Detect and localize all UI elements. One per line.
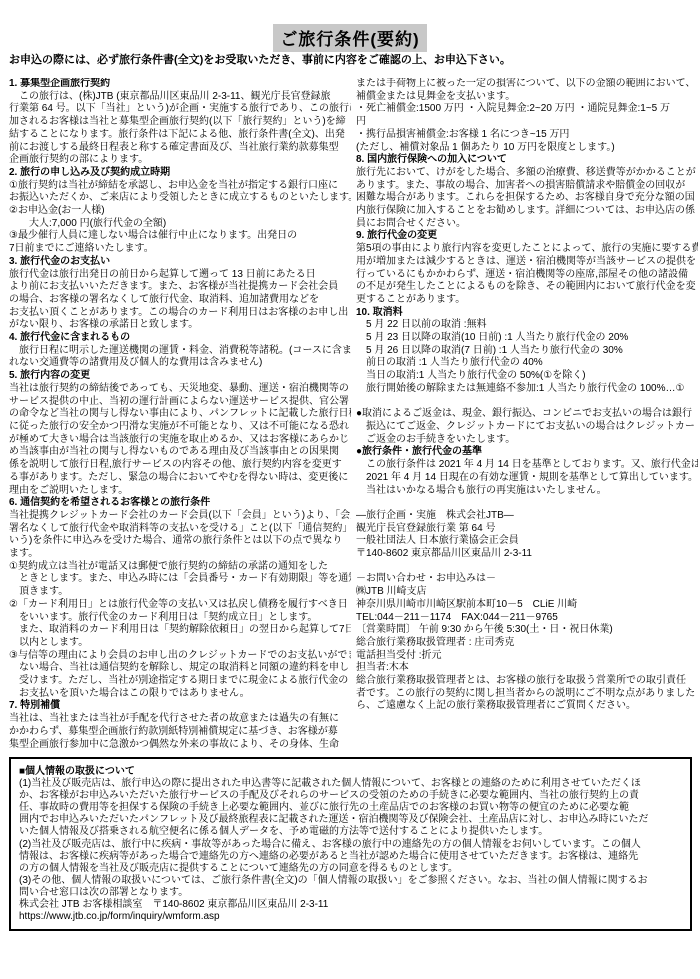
text-line: 観光庁長官登録旅行業 第 64 号: [356, 523, 698, 536]
text-line: 情報は、お客様に疾病等があった場合で連絡先の方へ連絡の必要があると当社が認めた場…: [19, 851, 682, 863]
text-line: https://www.jtb.co.jp/form/inquiry/wmfor…: [19, 911, 682, 923]
text-line: ます。: [9, 548, 351, 561]
text-line: 頂きます。: [9, 586, 351, 599]
text-line: ②「カード利用日」とは旅行代金等の支払い又は払戻し債務を履行すべき日: [9, 599, 351, 612]
text-line: ら、ご遠慮なく上記の旅行業務取扱管理者にご質問ください。: [356, 700, 698, 713]
text-line: ③与信等の理由により会員のお申し出のクレジットカードでのお支払いができ: [9, 650, 351, 663]
text-line: [356, 396, 698, 409]
text-line: 2021 年 4 月 14 日現在の有効な運賃・規則を基準として算出しています。: [356, 472, 698, 485]
text-line: め当該事由が当社の関与し得ないものである理由及び当該事由との因果関: [9, 446, 351, 459]
text-line: 当社は、当社または当社が手配を代行させた者の故意または過失の有無に: [9, 713, 351, 726]
text-line: ①旅行契約は当社が締結を承認し、お申込金を当社が指定する銀行口座に: [9, 180, 351, 193]
text-line: 旅行先において、けがをした場合、多額の治療費、移送費等がかかることが: [356, 167, 698, 180]
text-line: 用が増加または減少するときは、運送・宿泊機関等が当該サービスの提供を: [356, 256, 698, 269]
text-line: の不足が発生したことによるものを除き、その範囲内において旅行代金を変: [356, 281, 698, 294]
text-line: がない限り、お客様の承諾日と致します。: [9, 319, 351, 332]
intro-notice: お申込の際には、必ず旅行条件書(全文)をお受取いただき、事前に内容をご確認の上、…: [9, 51, 697, 67]
text-line: 囲内でお申込みいただいたパンフレット及び最終旅程表に記載された運送・宿泊機関等及…: [19, 814, 682, 826]
text-line: いう)を条件に申込みを受けた場合、通常の旅行条件とは以下の点で異なり: [9, 535, 351, 548]
text-line: 電話担当受付 :折元: [356, 650, 698, 663]
text-line: 振込にてご返金、クレジットカードにてお支払いの場合はクレジットカードへ: [356, 421, 698, 434]
text-line: 大人:7,000 円(旅行代金の全額): [9, 218, 351, 231]
text-line: 10. 取消料: [356, 307, 698, 320]
right-column: または手荷物上に被った一定の損害について、以下の金額の範囲において、補償金または…: [356, 78, 698, 713]
text-line: 3. 旅行代金のお支払い: [9, 256, 351, 269]
text-line: ㈱JTB 川崎支店: [356, 586, 698, 599]
text-line: お振込いただくか、ご来店により受領したときに成立するものといたします。: [9, 192, 351, 205]
text-line: 7日前までにご連絡いたします。: [9, 243, 351, 256]
text-line: 2. 旅行の申し込み及び契約成立時期: [9, 167, 351, 180]
text-line: 困難な場合があります。これらを担保するため、お客様自身で充分な額の国: [356, 192, 698, 205]
text-line: ①契約成立は当社が電話又は郵便で旅行契約の締結の承諾の通知をした: [9, 561, 351, 574]
text-line: 円: [356, 116, 698, 129]
text-line: 5 月 23 日以降の取消(10 日前) :1 人当たり旅行代金の 20%: [356, 332, 698, 345]
text-line: ・携行品損害補償金:お客様 1 名につき~15 万円: [356, 129, 698, 142]
text-line: [356, 561, 698, 574]
text-line: 加されるお客様は当社と募集型企画旅行契約(以下「旅行契約」という)を締: [9, 116, 351, 129]
text-line: 以内とします。: [9, 637, 351, 650]
text-line: 結することになります。旅行条件は下記による他、旅行条件書(全文)、出発: [9, 129, 351, 142]
text-line: 者です。この旅行の契約に関し担当者からの説明にご不明な点がありました: [356, 688, 698, 701]
text-line: 行っているにもかかわらず、運送・宿泊機関等の座席,部屋その他の諸設備: [356, 269, 698, 282]
text-line: 1. 募集型企画旅行契約: [9, 78, 351, 91]
text-line: 5. 旅行内容の変更: [9, 370, 351, 383]
text-line: 内旅行保険に加入することをお勧めします。詳細については、お申込店の係: [356, 205, 698, 218]
text-line: 署名なくして旅行代金や取消料等の支払いを受ける」こと(以下「通信契約」と: [9, 523, 351, 536]
text-line: 第5項の事由により旅行内容を変更したことによって、旅行の実施に要する費: [356, 243, 698, 256]
text-line: お支払いを頂いた場合はこの限りではありません。: [9, 688, 351, 701]
text-line: より前にお支払いいただきます。また、お客様が当社提携カード会社会員: [9, 281, 351, 294]
text-line: または手荷物上に被った一定の損害について、以下の金額の範囲において、: [356, 78, 698, 91]
text-line: 旅行開始後の解除または無連絡不参加:1 人当たり旅行代金の 100%…①: [356, 383, 698, 396]
text-line: ときとします。また、申込み時には「会員番号・カード有効期限」等を通知して: [9, 573, 351, 586]
text-line: れない交通費等の諸費用及び個人的な費用は含みません): [9, 357, 351, 370]
text-line: が極めて大きい場合は当該旅行の実施を取止めるか、又はお客様にあらかじ: [9, 434, 351, 447]
text-line: ●取消によるご返金は、現金、銀行振込、コンビニでお支払いの場合は銀行: [356, 408, 698, 421]
text-line: 補償金または見舞金を支払います。: [356, 91, 698, 104]
text-line: 集型企画旅行参加中に急激かつ偶然な外来の事故により、その身体、生命: [9, 739, 351, 752]
text-line: 行業第 64 号。以下「当社」という)が企画・実施する旅行であり、この旅行に参: [9, 103, 351, 116]
text-line: (3)その他、個人情報の取扱いについては、ご旅行条件書(全文)の「個人情報の取扱…: [19, 875, 682, 887]
text-line: の場合、お客様の署名なくして旅行代金、取消料、追加諸費用などを: [9, 294, 351, 307]
text-line: ・死亡補償金:1500 万円 ・入院見舞金:2~20 万円 ・通院見舞金:1~5…: [356, 103, 698, 116]
text-line: かかわらず、募集型企画旅行約款別紙特別補償規定に基づき、お客様が募: [9, 726, 351, 739]
text-line: 問い合せ窓口は次の部署となります。: [19, 887, 682, 899]
personal-info-box: ■個人情報の取扱について(1)当社及び販売店は、旅行申込の際に提出された申込書等…: [9, 757, 692, 931]
text-line: 担当者:木本: [356, 662, 698, 675]
text-line: ―旅行企画・実施 株式会社JTB―: [356, 510, 698, 523]
text-line: また、取消料のカード利用日は「契約解除依頼日」の翌日から起算して7日: [9, 624, 351, 637]
text-line: 任、事故時の費用等を担保する保険の手続き上必要な範囲内、並びに旅行先の土産品店で…: [19, 802, 682, 814]
text-line: 当日の取消:1 人当たり旅行代金の 50%(①を除く): [356, 370, 698, 383]
text-line: 当社はいかなる場合も旅行の再実施はいたしません。: [356, 485, 698, 498]
text-line: この旅行は、(株)JTB (東京都品川区東品川 2-3-11、観光庁長官登録旅: [9, 91, 351, 104]
text-line: TEL:044－211－1174 FAX:044－211－9765: [356, 612, 698, 625]
text-line: 8. 国内旅行保険への加入について: [356, 154, 698, 167]
text-line: 株式会社 JTB お客様相談室 〒140-8602 東京都品川区東品川 2-3-…: [19, 899, 682, 911]
text-line: ない場合、当社は通信契約を解除し、規定の取消料と同額の違約料を申し: [9, 662, 351, 675]
text-line: ③最少催行人員に達しない場合は催行中止になります。出発日の: [9, 230, 351, 243]
text-line: 当社は旅行契約の締結後であっても、天災地変、暴動、運送・宿泊機関等の: [9, 383, 351, 396]
text-line: 係を説明して旅行日程,旅行サービスの内容その他、旅行契約内容を変更す: [9, 459, 351, 472]
text-line: 受けます。ただし、当社が別途指定する期日までに現金による旅行代金の: [9, 675, 351, 688]
text-line: 9. 旅行代金の変更: [356, 230, 698, 243]
text-line: 5 月 22 日以前の取消 :無料: [356, 319, 698, 332]
text-line: 員にお問合せください。: [356, 218, 698, 231]
text-line: 一般社団法人 日本旅行業協会正会員: [356, 535, 698, 548]
text-line: あります。また、事故の場合、加害者への損害賠償請求や賠償金の回収が: [356, 180, 698, 193]
travel-conditions-document: ご旅行条件(要約) お申込の際には、必ず旅行条件書(全文)をお受取いただき、事前…: [0, 0, 700, 979]
text-line: ご返金のお手続きをいたします。: [356, 434, 698, 447]
text-line: サービス提供の中止、当初の運行計画によらない運送サービス提供、官公署: [9, 396, 351, 409]
text-line: (2)当社及び販売店は、旅行中に疾病・事故等があった場合に備え、お客様の旅行中の…: [19, 839, 682, 851]
text-line: 更することがあります。: [356, 294, 698, 307]
text-line: (1)当社及び販売店は、旅行申込の際に提出された申込書等に記載された個人情報につ…: [19, 778, 682, 790]
text-line: [356, 497, 698, 510]
text-line: 7. 特別補償: [9, 700, 351, 713]
text-line: 総合旅行業務取扱管理者 : 庄司秀克: [356, 637, 698, 650]
text-line: の方の個人情報を当社及び販売店に提供することについて連絡先の方の同意を得るものと…: [19, 863, 682, 875]
text-line: 〒140-8602 東京都品川区東品川 2-3-11: [356, 548, 698, 561]
text-line: 旅行代金は旅行出発日の前日から起算して遡って 13 日前にあたる日: [9, 269, 351, 282]
text-line: －お問い合わせ・お申込みは－: [356, 573, 698, 586]
text-line: ②お申込金(お一人様): [9, 205, 351, 218]
text-line: に従った旅行の安全かつ円滑な実施が不可能となり、又は不可能になる恐れ: [9, 421, 351, 434]
text-line: をいいます。旅行代金のカード利用日は「契約成立日」とします。: [9, 612, 351, 625]
text-line: 前にお渡しする最終日程表と称する確定書面及び、当社旅行業約款募集型: [9, 142, 351, 155]
text-line: ●旅行条件・旅行代金の基準: [356, 446, 698, 459]
left-column: 1. 募集型企画旅行契約 この旅行は、(株)JTB (東京都品川区東品川 2-3…: [9, 78, 351, 751]
text-line: 神奈川県川崎市川崎区駅前本町10－5 CLiE 川崎: [356, 599, 698, 612]
text-line: 6. 通信契約を希望されるお客様との旅行条件: [9, 497, 351, 510]
text-line: この旅行条件は 2021 年 4 月 14 日を基準としております。又、旅行代金…: [356, 459, 698, 472]
text-line: 当社提携クレジットカード会社のカード会員(以下「会員」という)より、「会員の: [9, 510, 351, 523]
text-line: 旅行日程に明示した運送機関の運賃・料金、消費税等諸税。(コースに含ま: [9, 345, 351, 358]
text-line: る事があります。ただし、緊急の場合においてやむを得ない時は、変更後に: [9, 472, 351, 485]
text-line: 理由をご説明いたします。: [9, 485, 351, 498]
text-line: の命令など当社の関与し得ない事由により、パンフレットに記載した旅行日程: [9, 408, 351, 421]
text-line: 企画旅行契約の部によります。: [9, 154, 351, 167]
title-wrap: ご旅行条件(要約): [0, 24, 700, 52]
page-title: ご旅行条件(要約): [273, 24, 426, 52]
text-line: (ただし、補償対象品 1 個あたり 10 万円を限度とします。): [356, 142, 698, 155]
text-line: 〔営業時間〕 午前 9:30 から午後 5:30(土・日・祝日休業): [356, 624, 698, 637]
text-line: いた個人情報及び搭乗される航空便名に係る個人データを、予め電磁的方法等で送付する…: [19, 826, 682, 838]
text-line: お支払い頂くことがあります。この場合のカード利用日はお客様のお申し出: [9, 307, 351, 320]
text-line: ■個人情報の取扱について: [19, 766, 682, 778]
text-line: 総合旅行業務取扱管理者とは、お客様の旅行を取扱う営業所での取引責任: [356, 675, 698, 688]
text-line: 4. 旅行代金に含まれるもの: [9, 332, 351, 345]
text-line: か、お客様がお申込みいただいた旅行サービスの手配及びそれらのサービスの受領のため…: [19, 790, 682, 802]
text-line: 前日の取消 :1 人当たり旅行代金の 40%: [356, 357, 698, 370]
text-line: 5 月 26 日以降の取消(7 日前) :1 人当たり旅行代金の 30%: [356, 345, 698, 358]
